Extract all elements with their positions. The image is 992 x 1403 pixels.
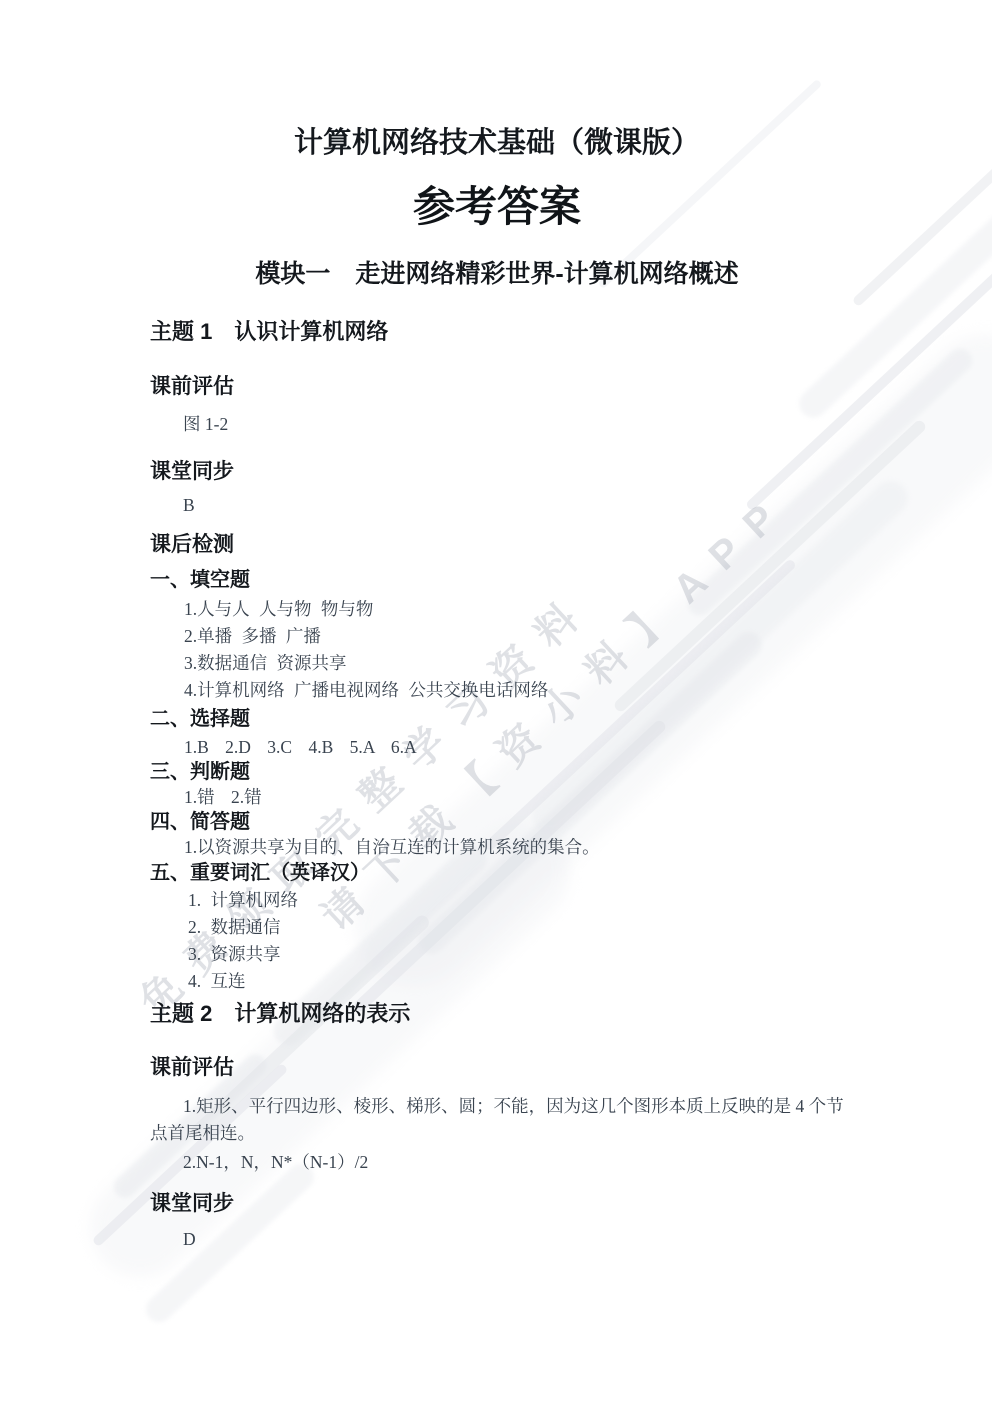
answer-line: 2.N-1，N，N*（N-1）/2 bbox=[150, 1153, 844, 1171]
answer-line: 图 1-2 bbox=[150, 415, 844, 433]
section-heading-post-test-1: 课后检测 bbox=[150, 534, 844, 555]
question-group-label: 二、选择题 bbox=[150, 709, 844, 729]
answer-item: 1.错 2.错 bbox=[184, 788, 844, 806]
answer-item: 1.以资源共享为目的、自治互连的计算机系统的集合。 bbox=[184, 838, 844, 856]
section-heading-class-sync-1: 课堂同步 bbox=[150, 461, 844, 482]
document-page: 免费领取完整学习资料 请下载【资小料】APP 计算机网络技术基础（微课版） 参考… bbox=[0, 0, 992, 1403]
answer-item: 1. 计算机网络 bbox=[188, 891, 844, 909]
answer-paragraph: 1.矩形、平行四边形、棱形、梯形、圆；不能，因为这几个图形本质上反映的是 4 个… bbox=[150, 1093, 844, 1147]
section-heading-pre-assessment-1: 课前评估 bbox=[150, 376, 844, 397]
answer-line: B bbox=[150, 496, 844, 514]
section-heading-class-sync-2: 课堂同步 bbox=[150, 1193, 844, 1214]
book-title: 计算机网络技术基础（微课版） bbox=[150, 127, 844, 160]
section-heading-pre-assessment-2: 课前评估 bbox=[150, 1057, 844, 1078]
document-content: 计算机网络技术基础（微课版） 参考答案 模块一 走进网络精彩世界-计算机网络概述… bbox=[0, 0, 992, 1248]
answer-item: 2. 数据通信 bbox=[188, 918, 844, 936]
answer-item: 4. 互连 bbox=[188, 972, 844, 990]
answer-item: 4.计算机网络 广播电视网络 公共交换电话网络 bbox=[184, 681, 844, 699]
answer-item: 3.数据通信 资源共享 bbox=[184, 654, 844, 672]
answer-item: 1.B 2.D 3.C 4.B 5.A 6.A bbox=[184, 738, 844, 756]
page-title: 参考答案 bbox=[150, 186, 844, 228]
question-group-label: 四、简答题 bbox=[150, 812, 844, 832]
answer-item: 2.单播 多播 广播 bbox=[184, 627, 844, 645]
answer-item: 1.人与人 人与物 物与物 bbox=[184, 600, 844, 618]
question-group-label: 三、判断题 bbox=[150, 762, 844, 782]
answer-item: 3. 资源共享 bbox=[188, 945, 844, 963]
question-group-label: 五、重要词汇（英译汉） bbox=[150, 863, 844, 883]
module-heading: 模块一 走进网络精彩世界-计算机网络概述 bbox=[150, 262, 844, 287]
answer-line: D bbox=[150, 1230, 844, 1248]
topic-1-title: 主题 1 认识计算机网络 bbox=[150, 321, 844, 343]
topic-2-title: 主题 2 计算机网络的表示 bbox=[150, 1003, 844, 1025]
question-group-label: 一、填空题 bbox=[150, 570, 844, 590]
